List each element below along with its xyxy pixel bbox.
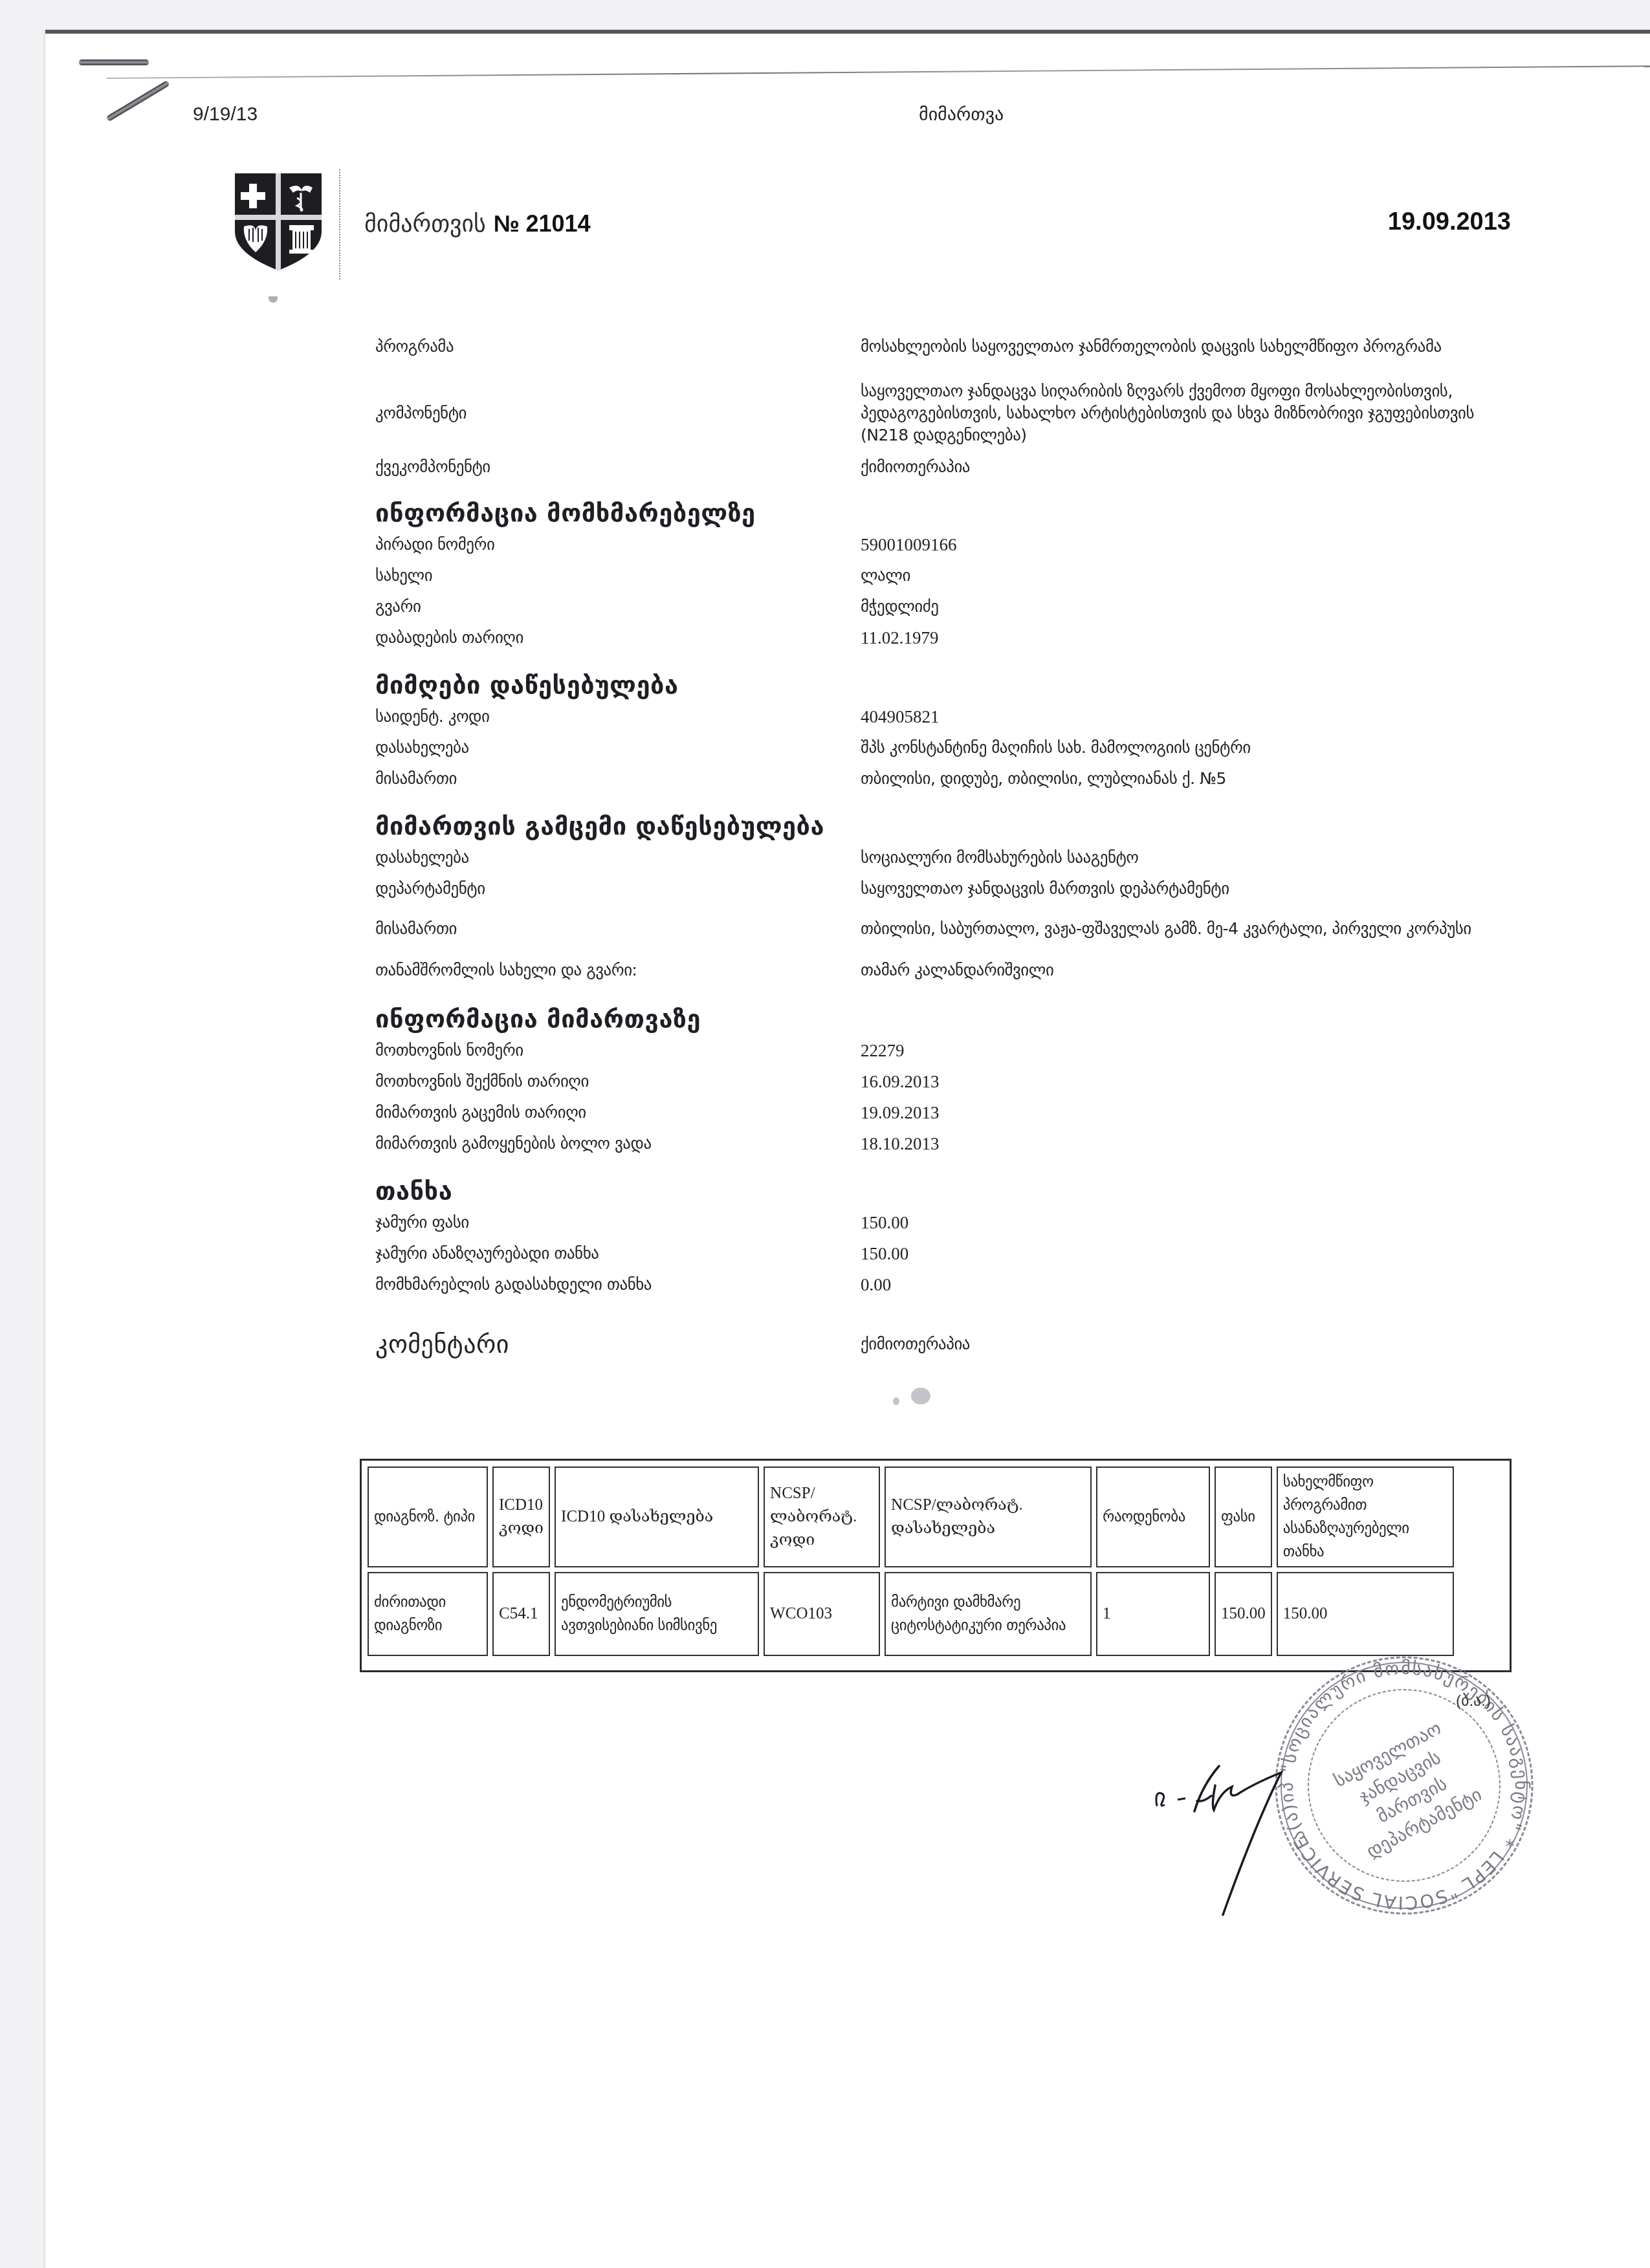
staple-icon [79, 60, 149, 65]
column-header: NCSP/ ლაბორატ. კოდი [764, 1467, 880, 1567]
coat-of-arms-shield-icon [230, 169, 327, 272]
subcomponent-value: ქიმიოთერაპია [861, 456, 1501, 478]
field-label: თანამშრომლის სახელი და გვარი: [375, 959, 861, 981]
info-row: ჯამური ფასი 150.00 [375, 1207, 1540, 1238]
diagnosis-type: ძირითადი დიაგნოზი [368, 1572, 488, 1656]
section-heading: ინფორმაცია მიმართვაზე [375, 1003, 1540, 1035]
ncsp-name: მარტივი დამხმარე ციტოსტატიკური თერაპია [885, 1572, 1092, 1656]
print-title: მიმართვა [919, 104, 1004, 125]
section-heading: კომენტარი [375, 1328, 861, 1360]
program-label: პროგრამა [375, 336, 861, 358]
info-row: გვარი მჭედლიძე [375, 591, 1540, 622]
info-row: დეპარტამენტი საყოველთაო ჯანდაცვის მართვი… [375, 873, 1540, 904]
referral-number: № 21014 [493, 210, 590, 237]
comment-section: კომენტარი ქიმიოთერაპია [375, 1326, 1540, 1362]
issuer-address: თბილისი, საბურთალო, ვაჟა-ფშაველას გამზ. … [861, 918, 1482, 940]
info-row: ჯამური ანაზღაურებადი თანხა 150.00 [375, 1238, 1540, 1269]
field-label: ჯამური ანაზღაურებადი თანხა [375, 1243, 861, 1265]
column-header: რაოდენობა [1096, 1467, 1210, 1567]
field-label: დასახელება [375, 737, 861, 759]
column-header: ფასი [1215, 1467, 1272, 1567]
field-label: დასახელება [375, 847, 861, 869]
field-label: პირადი ნომერი [375, 534, 861, 556]
column-header: NCSP/ლაბორატ. დასახელება [885, 1467, 1092, 1567]
info-row: დასახელება სოციალური მომსახურების სააგენ… [375, 842, 1540, 873]
field-label: მოთხოვნის ნომერი [375, 1040, 861, 1062]
info-row: თანამშრომლის სახელი და გვარი: თამარ კალა… [375, 954, 1540, 987]
info-row: მიმართვის გაცემის თარიღი 19.09.2013 [375, 1097, 1540, 1128]
component-value: საყოველთაო ჯანდაცვა სიღარიბის ზღვარს ქვე… [861, 380, 1501, 446]
birth-date: 11.02.1979 [861, 627, 1501, 649]
comment-value: ქიმიოთერაპია [861, 1333, 1501, 1355]
icd10-name: ენდომეტრიუმის ავთვისებიანი სიმსივნე [555, 1572, 759, 1656]
scan-artifact [893, 1397, 899, 1405]
field-label: მიმართვის გამოყენების ბოლო ვადა [375, 1133, 861, 1155]
header-divider [339, 169, 340, 279]
quantity: 1 [1096, 1572, 1210, 1656]
info-row: პირადი ნომერი 59001009166 [375, 529, 1540, 560]
personal-number: 59001009166 [861, 534, 1501, 556]
scan-artifact [911, 1388, 930, 1404]
issuing-facility-section: მიმართვის გამცემი დაწესებულება დასახელებ… [375, 810, 1540, 987]
component-label: კომპონენტი [375, 402, 861, 424]
facility-address: თბილისი, დიდუბე, თბილისი, ლუბლიანას ქ. №… [861, 768, 1501, 790]
section-heading: მიმღები დაწესებულება [375, 669, 1540, 701]
section-heading: ინფორმაცია მომხმარებელზე [375, 497, 1540, 529]
receiving-facility-section: მიმღები დაწესებულება საიდენტ. კოდი 40490… [375, 669, 1540, 794]
field-label: საიდენტ. კოდი [375, 706, 861, 728]
total-reimbursable: 150.00 [861, 1243, 1501, 1265]
services-table-frame: დიაგნოზ. ტიპი ICD10 კოდი ICD10 დასახელებ… [360, 1459, 1512, 1672]
referral-expiry-date: 18.10.2013 [861, 1133, 1501, 1155]
component-row: კომპონენტი საყოველთაო ჯანდაცვა სიღარიბის… [375, 378, 1540, 449]
referral-content: პროგრამა მოსახლეობის საყოველთაო ჯანმრთელ… [375, 323, 1540, 1362]
column-header: სახელმწიფო პროგრამით ასანაზღაურებელი თან… [1277, 1467, 1454, 1567]
field-label: დაბადების თარიღი [375, 627, 861, 649]
info-row: მომხმარებლის გადასახდელი თანხა 0.00 [375, 1269, 1540, 1300]
ncsp-code: WCO103 [764, 1572, 880, 1656]
issuer-name: სოციალური მომსახურების სააგენტო [861, 847, 1501, 869]
section-heading: თანხა [375, 1175, 1540, 1207]
info-row: მიმართვის გამოყენების ბოლო ვადა 18.10.20… [375, 1128, 1540, 1159]
subcomponent-row: ქვეკომპონენტი ქიმიოთერაპია [375, 454, 1540, 480]
table-row: ძირითადი დიაგნოზი C54.1 ენდომეტრიუმის ავ… [368, 1572, 1454, 1656]
info-row: მოთხოვნის ნომერი 22279 [375, 1035, 1540, 1066]
column-header: ICD10 კოდი [492, 1467, 550, 1567]
field-label: ჯამური ფასი [375, 1212, 861, 1234]
info-row: საიდენტ. კოდი 404905821 [375, 701, 1540, 732]
field-label: მოთხოვნის შექმნის თარიღი [375, 1071, 861, 1093]
referral-number-title: მიმართვის № 21014 [364, 210, 591, 237]
first-name: ლალი [861, 565, 1501, 587]
signature-icon [1152, 1747, 1320, 1928]
request-created-date: 16.09.2013 [861, 1071, 1501, 1093]
total-price: 150.00 [861, 1212, 1501, 1234]
field-label: მისამართი [375, 918, 861, 940]
price: 150.00 [1215, 1572, 1272, 1656]
referral-issue-date: 19.09.2013 [861, 1102, 1501, 1124]
request-number: 22279 [861, 1040, 1501, 1062]
amount-section: თანხა ჯამური ფასი 150.00 ჯამური ანაზღაურ… [375, 1175, 1540, 1300]
referral-date: 19.09.2013 [1388, 208, 1511, 236]
program-info: პროგრამა მოსახლეობის საყოველთაო ჯანმრთელ… [375, 323, 1540, 480]
table-header-row: დიაგნოზ. ტიპი ICD10 კოდი ICD10 დასახელებ… [368, 1467, 1454, 1567]
section-heading: მიმართვის გამცემი დაწესებულება [375, 810, 1540, 842]
column-header: ICD10 დასახელება [555, 1467, 759, 1567]
info-row: მისამართი თბილისი, დიდუბე, თბილისი, ლუბლ… [375, 763, 1540, 794]
column-header: დიაგნოზ. ტიპი [368, 1467, 488, 1567]
seal-place-marker: (ბ.ა.) [1456, 1692, 1491, 1710]
info-row: დაბადების თარიღი 11.02.1979 [375, 622, 1540, 653]
last-name: მჭედლიძე [861, 596, 1501, 618]
info-row: სახელი ლალი [375, 560, 1540, 591]
field-label: დეპარტამენტი [375, 878, 861, 900]
user-info-section: ინფორმაცია მომხმარებელზე პირადი ნომერი 5… [375, 497, 1540, 653]
field-label: მომხმარებლის გადასახდელი თანხა [375, 1274, 861, 1296]
employee-name: თამარ კალანდარიშვილი [861, 959, 1501, 981]
field-label: სახელი [375, 565, 861, 587]
icd10-code: C54.1 [492, 1572, 550, 1656]
subcomponent-label: ქვეკომპონენტი [375, 456, 861, 478]
field-label: მისამართი [375, 768, 861, 790]
state-reimbursed-amount: 150.00 [1277, 1572, 1454, 1656]
field-label: გვარი [375, 596, 861, 618]
print-date: 9/19/13 [193, 104, 258, 125]
referral-number-label: მიმართვის [364, 211, 486, 237]
info-row: დასახელება შპს კონსტანტინე მაღიჩის სახ. … [375, 732, 1540, 763]
field-label: მიმართვის გაცემის თარიღი [375, 1102, 861, 1124]
services-table: დიაგნოზ. ტიპი ICD10 კოდი ICD10 დასახელებ… [363, 1462, 1458, 1661]
issuer-department: საყოველთაო ჯანდაცვის მართვის დეპარტამენტ… [861, 878, 1501, 900]
info-row: მოთხოვნის შექმნის თარიღი 16.09.2013 [375, 1066, 1540, 1097]
patient-payable: 0.00 [861, 1274, 1501, 1296]
facility-id-code: 404905821 [861, 706, 1501, 728]
referral-info-section: ინფორმაცია მიმართვაზე მოთხოვნის ნომერი 2… [375, 1003, 1540, 1159]
facility-name: შპს კონსტანტინე მაღიჩის სახ. მამოლოგიის … [861, 737, 1501, 759]
program-row: პროგრამა მოსახლეობის საყოველთაო ჯანმრთელ… [375, 323, 1540, 370]
info-row: მისამართი თბილისი, საბურთალო, ვაჟა-ფშავე… [375, 904, 1540, 954]
program-value: მოსახლეობის საყოველთაო ჯანმრთელობის დაცვ… [861, 336, 1482, 358]
